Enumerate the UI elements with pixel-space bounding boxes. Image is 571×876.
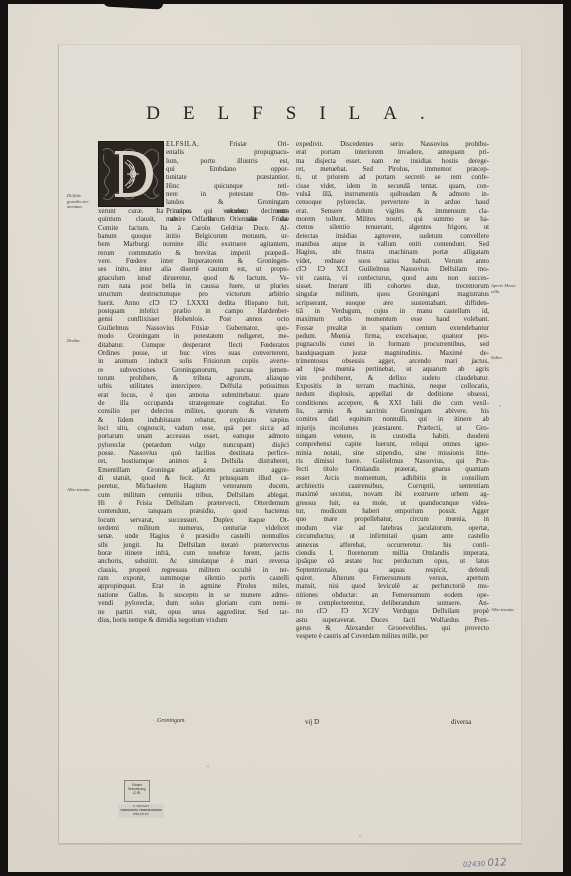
text-line: mansit, nisi quod leviculè ac perfunctor… [296, 583, 489, 591]
text-line: vim prohiberet, & defixo sudeto claudeba… [296, 375, 489, 383]
text-line: Fossæ prealtæ in spatium centum extendeb… [296, 325, 489, 333]
text-line: erat portam interiorem invadere, antequa… [296, 149, 489, 157]
collection-label: N. ARKIVET UNIVERSITA FRIBURGENSIS BIBLI… [118, 804, 164, 818]
text-line: modum viæ ad latebras jaculatorum, opert… [296, 525, 489, 533]
text-line: fecti titulo Omlandis præerat, gnarus qu… [296, 466, 489, 474]
text-line: conditiones accepere, & XXI Iulii die cu… [296, 400, 489, 408]
text-line: contendunt, tanquam præsidio, quod hacte… [98, 508, 289, 516]
text-line: de illa occupanda strategemate cogitabat… [98, 400, 289, 408]
text-line: appropinquat. Erat in agmine Pirolus mil… [98, 583, 289, 591]
text-line: ciendis I. florenorum millia Omlandis im… [296, 550, 489, 558]
text-line: circumductus; ut infirmitati quam ante c… [296, 533, 489, 541]
text-line: sisset. Inerant illi cohortes duæ, trece… [296, 283, 489, 291]
text-line: re complecterentur, deliberandum sumsere… [296, 600, 489, 608]
text-line: vendi pyloreclæ, dum solus gloriam cum n… [98, 600, 289, 608]
label-line: BIBLIOTEK [118, 812, 164, 816]
text-line: manibus atque in vallum eniti contendunt… [296, 241, 489, 249]
text-line: Hi è Frisia Delfsilam prætervecti, Otter… [98, 500, 289, 508]
margin-note-right-2: Sidire. [491, 355, 517, 361]
paper-speck [359, 835, 361, 837]
text-line: posse. Nassovius quò facilius destinata … [98, 450, 289, 458]
text-line: ctenus silentio tenuerant, algentes frig… [296, 224, 489, 232]
library-stamp: Eduard Brandshaug C. R. [124, 780, 150, 802]
text-line: gerus & Alexander Grooeveldius, qui prov… [296, 625, 489, 633]
printed-sheet: DELFSILA. [58, 44, 522, 844]
inventory-small: 02430 [463, 860, 486, 869]
text-line: torum prohibere, & tributa agrorum, alia… [98, 375, 289, 383]
text-line: vespere è castris ad Coverdam milites mi… [296, 633, 489, 641]
margin-note-right-1: Aperte Marte villa. [491, 283, 517, 294]
text-line: xerunt curæ. Ita anno, qui seculum decim… [98, 208, 289, 216]
text-line: tunitate præstantior. [166, 174, 289, 182]
text-line: vulsâ illâ, instrumentis quibusdam & adm… [296, 191, 489, 199]
text-line: rum nata post bella in caussa fuere, ut … [98, 283, 289, 291]
text-fragment: , Frisiæ Ori- [197, 141, 289, 148]
text-line: ditabatur. Cumque desperaret flecti Fœde… [98, 342, 289, 350]
text-line: ma disjecta esset. nam ne insidias hosti… [296, 158, 489, 166]
text-line: gensi conflixisset Hohenlois. Post annos… [98, 316, 289, 324]
text-line: Ordines posse, ut huc vires suas convert… [98, 350, 289, 358]
text-line: natione Gallus. Is suscepto in se munere… [98, 592, 289, 600]
text-line: videt, rednare suos satius habuit. Verum… [296, 258, 489, 266]
text-line: Guilielmus Nassovius Frisiæ Gubernator, … [98, 325, 289, 333]
text-line: horæ itinere infrà, cum tenebræ forent, … [98, 550, 289, 558]
text-line: Hagius, ubi frustra machinam portæ allig… [296, 249, 489, 257]
text-line: qui Embdano oppor- [166, 166, 289, 174]
text-line: Hinc quicunque reti- [166, 183, 289, 191]
text-line: rerum commutatio & brevitas imperii præp… [98, 250, 289, 258]
text-line: quintum clausit, ab Odfardo Orientalis F… [98, 216, 289, 224]
stamp-line: C. R. [125, 791, 149, 795]
text-line: maximum urbis momentum esse haud voleban… [296, 316, 489, 324]
text-line: ret, metuebat. Sed Pirolus, immemor præc… [296, 166, 489, 174]
text-line: morem tollunt. Milites nostri, qui summo… [296, 216, 489, 224]
torn-edge [103, 0, 163, 9]
text-line: annexus afferebat, occurreretur. his con… [296, 542, 489, 550]
margin-note-left-3: Alba tentata. [67, 487, 95, 493]
catchword-right: diversa [451, 718, 471, 726]
text-line: bem Marburgi nomine illic exstruere agit… [98, 241, 289, 249]
text-line: esset Arcis momentum, adhibitis in consi… [296, 475, 489, 483]
text-line: ret, hostiumque animos à Delfsila distra… [98, 458, 289, 466]
text-line: pugnaculis cunei in formam procurrentibu… [296, 341, 489, 349]
ornamental-dropcap [98, 141, 164, 207]
text-line: Ementillam Groningæ adjacens castrum agg… [98, 467, 289, 475]
text-line: senæ. unde Hagius è præsidio castelli no… [98, 533, 289, 541]
text-line: in animum inducit solis Frisiorum copiis… [98, 358, 289, 366]
text-line: erat locus, è quo annona submittebatur. … [98, 392, 289, 400]
text-line: consilio per delectos milites, quorum & … [98, 408, 289, 416]
text-line: vit castra, vi confecturus, quod astu no… [296, 275, 489, 283]
text-line: detectas insidias agnovere, sudetum conv… [296, 233, 489, 241]
text-line: ELFSILA, Frisiæ Ori- [166, 141, 289, 149]
text-line: urbis utilitates intercipere. Delfsila p… [98, 383, 289, 391]
text-line: ningam venere, in custodia habiti. duode… [296, 433, 489, 441]
text-line: minia notati, sine stipendio, sine missi… [296, 450, 489, 458]
text-line: comprehensi capite luerunt, reliqui omne… [296, 441, 489, 449]
decorated-initial-d-icon [99, 142, 163, 206]
text-line: architectis castrensibus, Corruptii, sen… [296, 483, 489, 491]
text-line: erat. Sensere dolum vigiles & immensum c… [296, 208, 489, 216]
text-line: landos & Groningam [166, 199, 289, 207]
text-line: lum, portu illustris est, [166, 158, 289, 166]
text-line: expedivit. Discedentes serio Nassovius p… [296, 141, 489, 149]
text-line: comites dati equitum nonnulli, qui in it… [296, 416, 489, 424]
text-line: cIↃ IↃ XCI Guilielmus Nassovius Delfsila… [296, 266, 489, 274]
text-line: sibi jungit. Ita Delfsilam iteratò præte… [98, 542, 289, 550]
text-line: tur, modicum haberi emporium possit. Agg… [296, 508, 489, 516]
text-line: cisse videt, idem in secundâ tentat. qua… [296, 183, 489, 191]
text-line: ses inito, inter alia disertè cautum est… [98, 266, 289, 274]
text-line: ne partiri vult, opus unus aggreditur. S… [98, 609, 289, 617]
margin-note-left-2: Dedita. [67, 338, 95, 344]
text-line: structum destructumque pro victorum arbi… [98, 291, 289, 299]
text-line: peretur, Michaelem Hagium veteranum duce… [98, 483, 289, 491]
text-line: dius, horis nempe & dimidia negotium vix… [98, 617, 289, 625]
page-title: DELFSILA. [59, 103, 521, 125]
text-line: gressus fuit, ea mole, ut quandocunque v… [296, 500, 489, 508]
text-line: ris dimissi fuere. Guilielmus Nassovius,… [296, 458, 489, 466]
text-line: lis, armis & sarcinis Groningam abivere.… [296, 408, 489, 416]
text-line: classis, properè regressus militem occul… [98, 567, 289, 575]
text-line: locum servarat, successuri. Duplex itaqu… [98, 517, 289, 525]
text-line: gnaculum istud dirueretur, quod & factum… [98, 275, 289, 283]
text-line: pyloreclæ (petardum vulgo nuncupant) dis… [98, 442, 289, 450]
text-line: re subvectiones Groninganorum, pascua ju… [98, 367, 289, 375]
text-line: maximè secutus, novam ibi exstruere urbe… [296, 491, 489, 499]
text-column-left: xerunt curæ. Ita anno, qui seculum decim… [98, 208, 289, 625]
text-line: Septentrionale, qua aquas respicit, defe… [296, 567, 489, 575]
inventory-number: 02430 012 [463, 857, 507, 870]
text-line: cum militum centuriis tribus, Delfsilam … [98, 492, 289, 500]
catchword-left: Groningam. [157, 718, 186, 724]
text-line: singulæ militum, quos Groningani magistr… [296, 291, 489, 299]
text-line: haudquaquam justæ magnitudinis. Maximè d… [296, 350, 489, 358]
text-line: pedum. Mœnia firma, excelsaque, quatuor … [296, 333, 489, 341]
mount-board: DELFSILA. [8, 4, 563, 872]
text-line: scripserant, suoque ære sustentabant. di… [296, 300, 489, 308]
text-line: nitiones obductæ: an Femersumum eodem op… [296, 592, 489, 600]
text-line: & fidem indubitatam rebatur, explorato s… [98, 417, 289, 425]
paper-speck [499, 405, 501, 407]
paper-speck [207, 765, 209, 767]
text-line: loci situ, cognoscit, vadum esse, quà pe… [98, 425, 289, 433]
text-line: no cIↃ IↃ XCIV Verdugus Delfsilam propè [296, 608, 489, 616]
text-line: Expositis in terram machinis, neque coll… [296, 383, 489, 391]
margin-note-right-3: Alba tentata. [491, 607, 517, 613]
text-column-right: expedivit. Discedentes serio Nassovius p… [296, 141, 489, 642]
text-line: modo Groningam in potestatem redigeret, … [98, 333, 289, 341]
text-line: ram exponit, summoque silentio portis ca… [98, 575, 289, 583]
text-line: portarum unam accessus esset, eamque adm… [98, 433, 289, 441]
text-line: astu superaverat. Duces facti Wolfardus … [296, 617, 489, 625]
text-line: postquam infelici prælio in campo Harden… [98, 308, 289, 316]
text-line: banum quoque initio Belgicorum motuum, u… [98, 233, 289, 241]
text-line: tiâ in Verdugum, cujus in manu castellum… [296, 308, 489, 316]
text-line: nere in potestate Om- [166, 191, 289, 199]
text-line: trimentosus obsessis agger, arcendo mari… [296, 358, 489, 366]
text-line: Comite factum. Ita à Carolo Geldriæ Duce… [98, 225, 289, 233]
text-line: entalis propugnacu- [166, 149, 289, 157]
text-line: censoque pyloreclæ, pervertere in arduo … [296, 199, 489, 207]
text-line: ti, ut priorem ad portam secretò se rem … [296, 174, 489, 182]
text-line: di statuit, quod & fecit. At priusquam i… [98, 475, 289, 483]
text-line: quo mare propellebatur, circum mœnia, in [296, 516, 489, 524]
text-line: injurijs incolumes præstarent. Præfecti,… [296, 425, 489, 433]
text-line: terdemi militum numerus, centuriæ videli… [98, 525, 289, 533]
margin-note-left-1: Delfsile grandis mo-mentum. [67, 193, 95, 210]
inventory-large: 012 [487, 857, 506, 869]
text-line: quiret. Alterum Femersumum versus, apert… [296, 575, 489, 583]
text-line: ipsâque eâ æstate huc perductum opus, ut… [296, 558, 489, 566]
signature-mark: vij D [305, 718, 319, 726]
text-line: fuerit. Anno cIↃ IↃ LXXXI dedita Hispano… [98, 300, 289, 308]
text-line: vere. Fœdere inter Imperatorem & Groning… [98, 258, 289, 266]
text-line: ad ipsa mœnia pertinebat, ut aquarum ab … [296, 366, 489, 374]
text-line: anchoris, substitit. Ac simulatque è mar… [98, 558, 289, 566]
small-caps-opening: ELFSILA [166, 141, 197, 148]
text-line: nedum displosis, appellati de deditione … [296, 391, 489, 399]
